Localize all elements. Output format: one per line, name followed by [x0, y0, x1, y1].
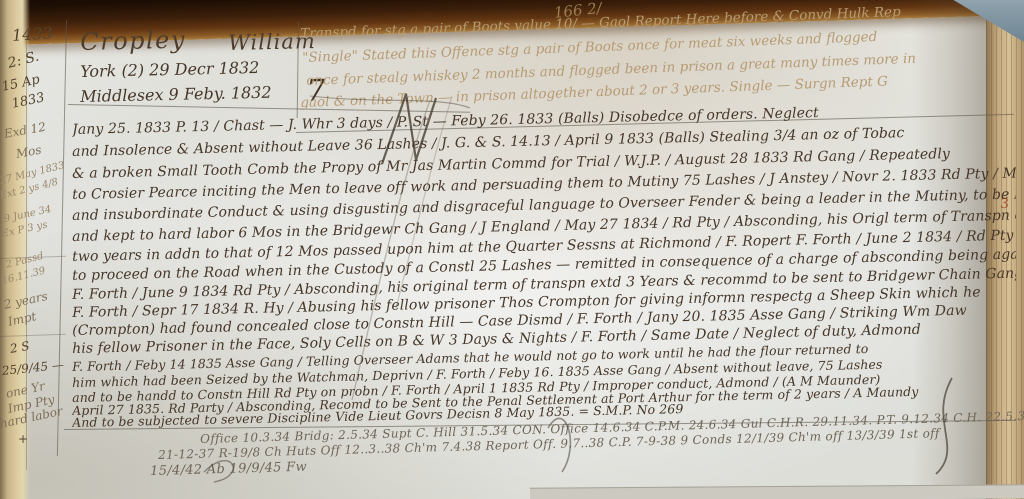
entry-number: 1433 [11, 23, 53, 45]
trial-line-1: York (2) 29 Decr 1832 [80, 58, 260, 81]
convict-surname: Cropley [80, 26, 186, 56]
margin-note: + [18, 432, 28, 446]
page-bottom-edge [530, 484, 1024, 499]
ledger-photo: Cropley William York (2) 29 Decr 1832 Mi… [0, 0, 1024, 499]
